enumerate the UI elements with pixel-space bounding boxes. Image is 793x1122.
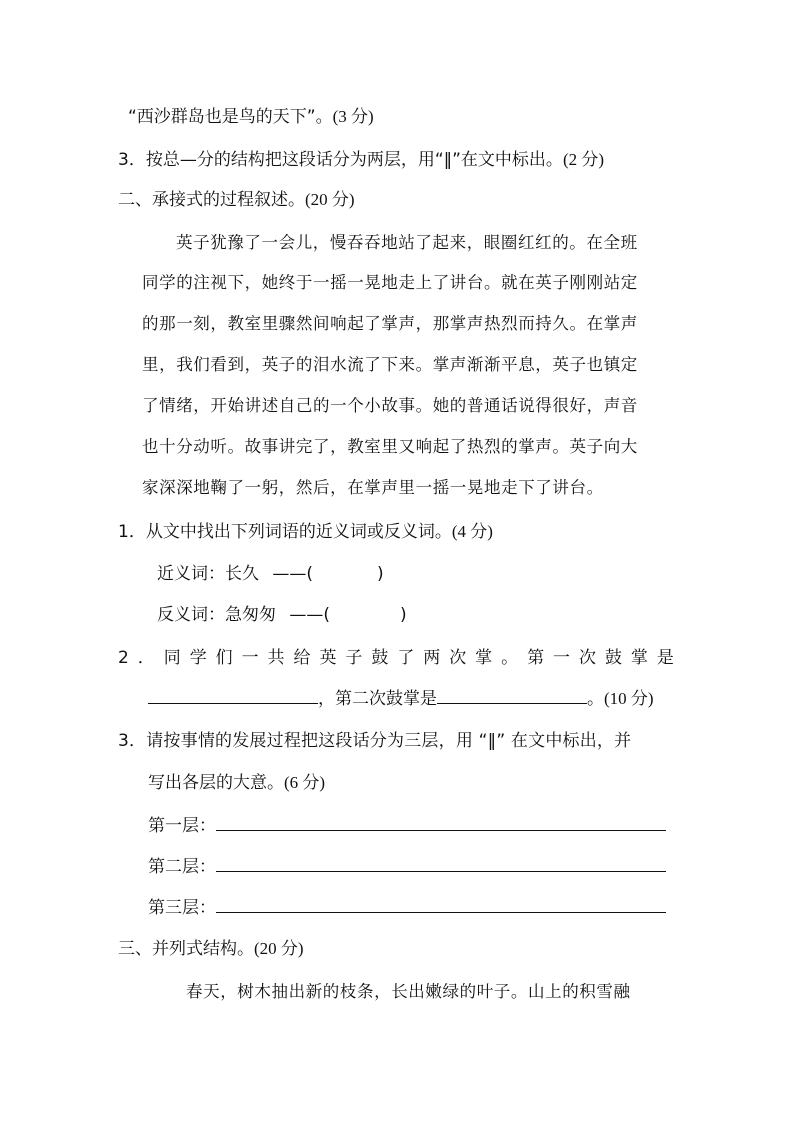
q2-char: 同 — [164, 647, 181, 669]
q2-char: 。 — [501, 647, 518, 669]
q2-char: 次 — [579, 647, 596, 669]
layer-3-label: 第三层： — [148, 898, 216, 918]
antonym-dash: ——( — [289, 605, 330, 625]
period: 。 — [587, 689, 604, 709]
q2-char: 是 — [657, 647, 674, 669]
layer-3-answer-blank[interactable] — [216, 896, 666, 913]
passage-line: 家深深地鞠了一躬，然后，在掌声里一摇一晃地走下了讲台。 — [142, 477, 604, 499]
passage-line: 的那一刻，教室里骤然间响起了掌声，那掌声热烈而持久。在掌声 — [142, 313, 638, 335]
points-label: (10 分) — [604, 689, 654, 708]
q2-char: 掌 — [475, 647, 492, 669]
second-clap-answer-blank[interactable] — [437, 687, 587, 704]
synonym-label: 近义词：长久 — [157, 564, 259, 584]
q2-char: 次 — [449, 647, 466, 669]
passage-line: 也十分动听。故事讲完了，教室里又响起了热烈的掌声。英子向大 — [142, 436, 638, 458]
question-2-line1: 2 ． 同 学 们 一 共 给 英 子 鼓 了 两 次 掌 。 第 一 次 鼓 … — [118, 647, 674, 669]
synonym-close-paren: ) — [377, 564, 384, 584]
antonym-label: 反义词：急匆匆 — [157, 605, 276, 625]
antonym-row: 反义词：急匆匆 ——() — [157, 604, 407, 626]
synonym-dash: ——( — [272, 564, 313, 584]
antonym-close-paren: ) — [400, 605, 407, 625]
layer-1-answer-blank[interactable] — [216, 814, 666, 831]
q2-char: 2 — [118, 647, 129, 669]
question-text: 写出各层的大意。 — [148, 773, 284, 793]
q2-char: 子 — [345, 647, 362, 669]
q2-char: 学 — [190, 647, 207, 669]
points-label: (20 分) — [254, 939, 304, 958]
passage-line: 春天，树木抽出新的枝条，长出嫩绿的叶子。山上的积雪融 — [186, 981, 631, 1003]
question-text: 3．按总—分的结构把这段话分为两层，用“‖”在文中标出。 — [118, 150, 563, 170]
points-label: (20 分) — [305, 190, 355, 209]
q2-char: 一 — [553, 647, 570, 669]
question-text: 1．从文中找出下列词语的近义词或反义词。 — [118, 522, 452, 542]
quoted-phrase-line: “西沙群岛也是鸟的天下”。(3 分) — [128, 106, 374, 128]
question-1: 1．从文中找出下列词语的近义词或反义词。(4 分) — [118, 521, 493, 543]
q2-char: 两 — [423, 647, 440, 669]
q2-char: 鼓 — [605, 647, 622, 669]
q2-char: 第 — [527, 647, 544, 669]
points-label: (2 分) — [563, 150, 604, 169]
first-clap-answer-blank[interactable] — [148, 687, 318, 704]
layer-3-row: 第三层： — [148, 896, 666, 919]
section-title: 三、并列式结构。 — [118, 939, 254, 959]
question-3-line2: 写出各层的大意。(6 分) — [148, 772, 325, 794]
points-label: (6 分) — [284, 773, 325, 792]
passage-line: 英子犹豫了一会儿，慢吞吞地站了起来，眼圈红红的。在全班 — [176, 232, 638, 254]
question-3-line1: 3．请按事情的发展过程把这段话分为三层，用 “‖” 在文中标出，并 — [118, 730, 631, 752]
q2-char: 掌 — [631, 647, 648, 669]
passage-line: 同学的注视下，她终于一摇一晃地走上了讲台。就在英子刚刚站定 — [142, 272, 638, 294]
synonym-row: 近义词：长久 ——() — [157, 563, 384, 585]
layer-2-row: 第二层： — [148, 855, 666, 878]
q2-char: 共 — [268, 647, 285, 669]
points-label: (3 分) — [333, 107, 374, 126]
points-label: (4 分) — [452, 522, 493, 541]
layer-1-label: 第一层： — [148, 816, 216, 836]
layer-2-answer-blank[interactable] — [216, 855, 666, 872]
q2-char: 了 — [397, 647, 414, 669]
section-2-heading: 二、承接式的过程叙述。(20 分) — [118, 189, 355, 211]
q2-char: 给 — [294, 647, 311, 669]
layer-1-row: 第一层： — [148, 814, 666, 837]
q2-char: 英 — [319, 647, 336, 669]
section-3-heading: 三、并列式结构。(20 分) — [118, 938, 304, 960]
quoted-phrase: “西沙群岛也是鸟的天下”。 — [128, 107, 333, 127]
layer-2-label: 第二层： — [148, 857, 216, 877]
passage-line: 了情绪，开始讲述自己的一个小故事。她的普通话说得很好，声音 — [142, 395, 638, 417]
q2-char: 一 — [242, 647, 259, 669]
second-clap-label: ，第二次鼓掌是 — [318, 689, 437, 709]
q2-char: 们 — [216, 647, 233, 669]
passage-line: 里，我们看到，英子的泪水流了下来。掌声渐渐平息，英子也镇定 — [142, 354, 638, 376]
section-title: 二、承接式的过程叙述。 — [118, 190, 305, 210]
q2-char: ． — [138, 647, 155, 669]
question-3-structure: 3．按总—分的结构把这段话分为两层，用“‖”在文中标出。(2 分) — [118, 149, 604, 171]
question-2-line2: ，第二次鼓掌是。(10 分) — [148, 687, 654, 710]
q2-char: 鼓 — [371, 647, 388, 669]
